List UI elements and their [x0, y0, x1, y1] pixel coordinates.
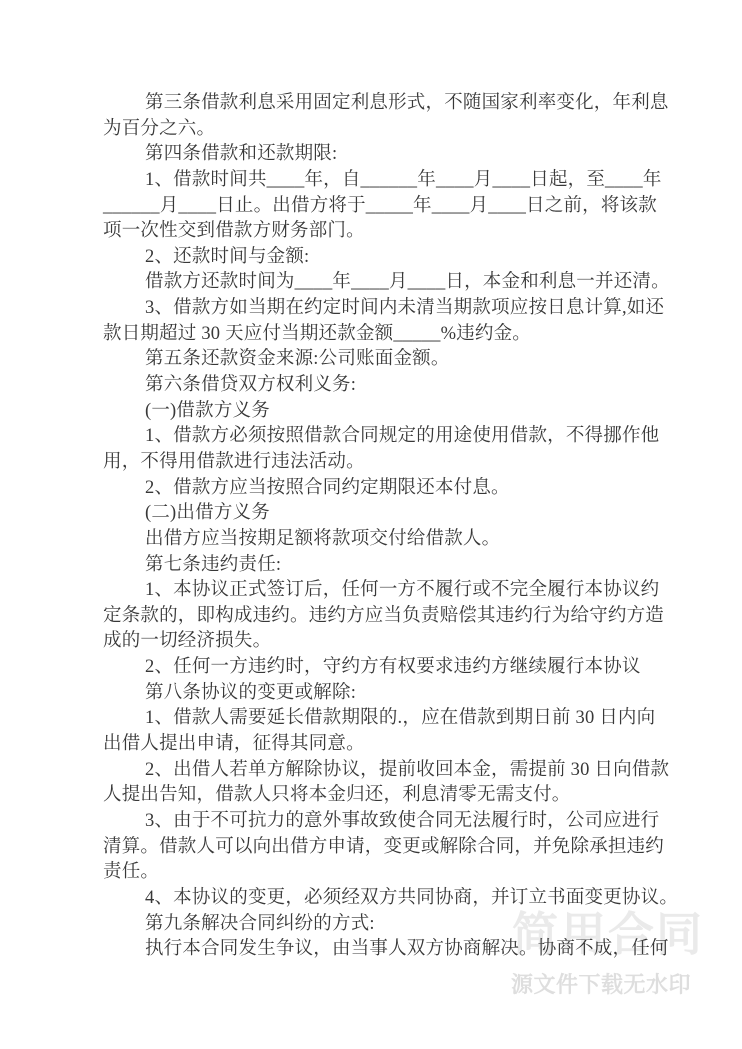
contract-line: 第六条借贷双方权利义务: — [103, 373, 663, 399]
document-page: 简用合同 源文件下载无水印 第三条借款利息采用固定利息形式，不随国家利率变化，年… — [0, 0, 742, 1049]
contract-line: 项一次性交到借款方财务部门。 — [103, 219, 663, 245]
contract-line: 执行本合同发生争议，由当事人双方协商解决。协商不成，任何 — [103, 937, 663, 963]
contract-line: 责任。 — [103, 860, 663, 886]
contract-line: ______月____日止。出借方将于_____年____月____日之前，将该… — [103, 194, 663, 220]
contract-line: 1、本协议正式签订后，任何一方不履行或不完全履行本协议约 — [103, 578, 663, 604]
contract-line: 第五条还款资金来源:公司账面金额。 — [103, 347, 663, 373]
contract-body: 第三条借款利息采用固定利息形式，不随国家利率变化，年利息为百分之六。第四条借款和… — [103, 91, 663, 963]
contract-line: 人提出告知，借款人只将本金归还，利息清零无需支付。 — [103, 783, 663, 809]
contract-line: 清算。借款人可以向出借方申请，变更或解除合同，并免除承担违约 — [103, 835, 663, 861]
contract-line: 4、本协议的变更，必须经双方共同协商，并订立书面变更协议。 — [103, 886, 663, 912]
contract-line: 第三条借款利息采用固定利息形式，不随国家利率变化，年利息 — [103, 91, 663, 117]
contract-line: 第七条违约责任: — [103, 553, 663, 579]
contract-line: 出借人提出申请，征得其同意。 — [103, 732, 663, 758]
contract-line: 3、借款方如当期在约定时间内未清当期款项应按日息计算,如还 — [103, 296, 663, 322]
contract-line: (一)借款方义务 — [103, 399, 663, 425]
contract-line: 第四条借款和还款期限: — [103, 142, 663, 168]
contract-line: 第九条解决合同纠纷的方式: — [103, 912, 663, 938]
contract-line: (二)出借方义务 — [103, 501, 663, 527]
contract-line: 2、还款时间与金额: — [103, 245, 663, 271]
contract-line: 为百分之六。 — [103, 117, 663, 143]
contract-line: 3、由于不可抗力的意外事故致使合同无法履行时，公司应进行 — [103, 809, 663, 835]
contract-line: 1、借款时间共____年，自______年____月____日起，至____年 — [103, 168, 663, 194]
contract-line: 定条款的，即构成违约。违约方应当负责赔偿其违约行为给守约方造 — [103, 604, 663, 630]
contract-line: 借款方还款时间为____年____月____日，本金和利息一并还清。 — [103, 270, 663, 296]
contract-line: 出借方应当按期足额将款项交付给借款人。 — [103, 527, 663, 553]
watermark-subtitle-text: 源文件下载无水印 — [511, 968, 691, 999]
contract-line: 第八条协议的变更或解除: — [103, 681, 663, 707]
contract-line: 1、借款方必须按照借款合同规定的用途使用借款，不得挪作他 — [103, 424, 663, 450]
contract-line: 2、出借人若单方解除协议，提前收回本金，需提前 30 日向借款 — [103, 758, 663, 784]
contract-line: 用，不得用借款进行违法活动。 — [103, 450, 663, 476]
contract-line: 2、借款方应当按照合同约定期限还本付息。 — [103, 476, 663, 502]
contract-line: 2、任何一方违约时，守约方有权要求违约方继续履行本协议 — [103, 655, 663, 681]
contract-line: 1、借款人需要延长借款期限的.，应在借款到期日前 30 日内向 — [103, 706, 663, 732]
contract-line: 款日期超过 30 天应付当期还款金额_____%违约金。 — [103, 322, 663, 348]
contract-line: 成的一切经济损失。 — [103, 629, 663, 655]
